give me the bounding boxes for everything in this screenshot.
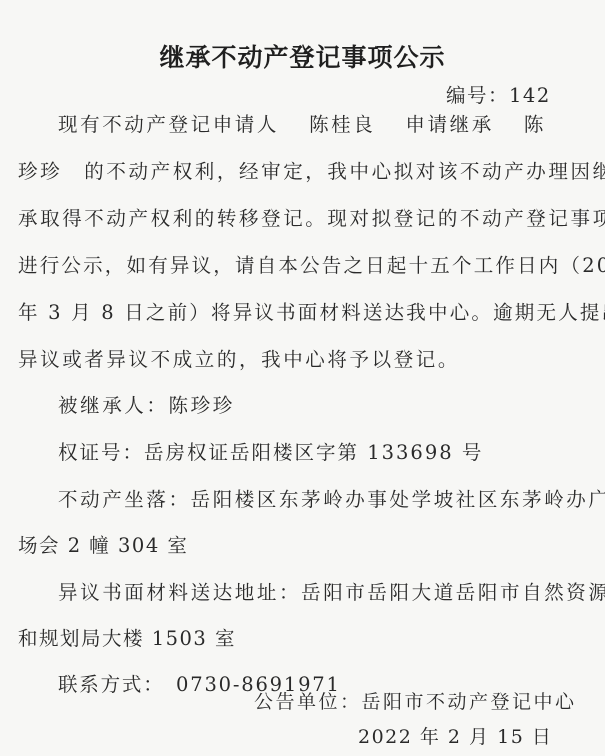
paragraph-line-1: 现有不动产登记申请人 陈桂良 申请继承 陈 [58, 112, 546, 138]
location-field-line2: 场会 2 幢 304 室 [18, 533, 588, 559]
paragraph-line-2: 珍珍 的不动产权利，经审定，我中心拟对该不动产办理因继 [18, 159, 588, 185]
paragraph-line-3: 承取得不动产权利的转移登记。现对拟登记的不动产登记事项 [18, 206, 588, 232]
paragraph-line-6: 异议或者异议不成立的，我中心将予以登记。 [18, 347, 588, 373]
applicant-name: 陈桂良 [309, 112, 375, 138]
document-title: 继承不动产登记事项公示 [0, 38, 605, 74]
issuer-signature: 公告单位：岳阳市不动产登记中心 [254, 687, 577, 714]
objection-address-line1: 异议书面材料送达地址：岳阳市岳阳大道岳阳市自然资源 [58, 580, 605, 606]
location-field-line1: 不动产坐落：岳阳楼区东茅岭办事处学坡社区东茅岭办广 [58, 487, 605, 513]
decedent-name-start: 陈 [524, 112, 546, 138]
applicant-intro: 现有不动产登记申请人 [58, 112, 279, 138]
objection-address-line2: 和规划局大楼 1503 室 [18, 626, 588, 652]
issue-date: 2022 年 2 月 15 日 [358, 722, 552, 749]
document-number: 编号：142 [446, 80, 551, 108]
certificate-field: 权证号：岳房权证岳阳楼区字第 133698 号 [58, 440, 605, 466]
decedent-field: 被继承人：陈珍珍 [58, 393, 605, 419]
inherit-text: 申请继承 [405, 112, 493, 138]
paragraph-line-4: 进行公示，如有异议，请自本公告之日起十五个工作日内（2022 [18, 253, 588, 279]
paragraph-line-5: 年 3 月 8 日之前）将异议书面材料送达我中心。逾期无人提出 [18, 300, 588, 326]
